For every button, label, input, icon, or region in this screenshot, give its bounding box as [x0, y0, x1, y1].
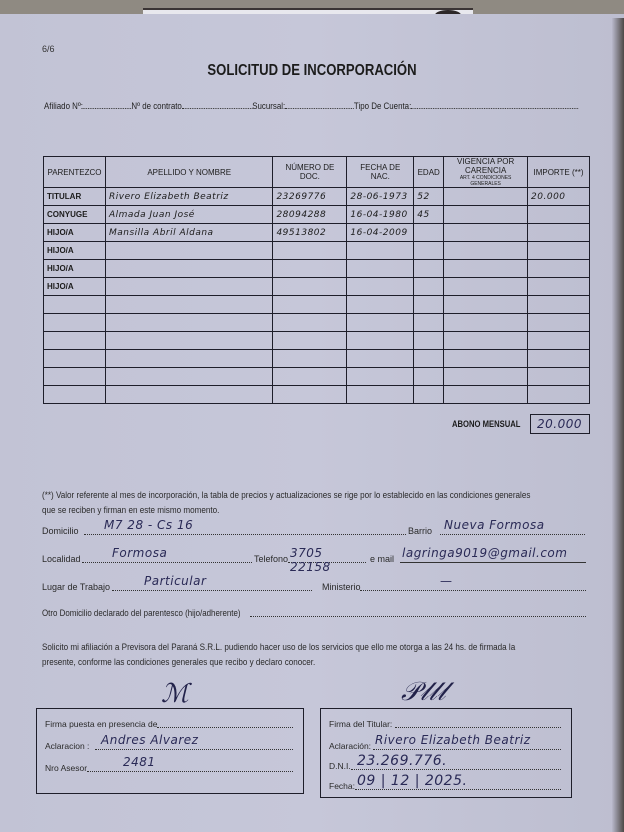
afiliado-field[interactable]	[83, 100, 131, 109]
col-nombre: APELLIDO Y NOMBRE	[105, 157, 272, 188]
cell-doc[interactable]: 23269776	[273, 188, 347, 206]
advisor-signature-mark: ℳ	[161, 679, 189, 709]
telefono-label: Telefono	[254, 554, 288, 564]
localidad-value: Formosa	[112, 546, 167, 560]
cell-importe[interactable]	[528, 386, 590, 404]
cell-importe[interactable]	[528, 368, 590, 386]
cell-edad[interactable]	[414, 278, 444, 296]
cell-parentezco	[44, 332, 106, 350]
advisor-firma-row: Firma puesta en presencia de	[45, 719, 157, 729]
cell-parentezco	[44, 296, 106, 314]
cell-edad[interactable]: 52	[414, 188, 444, 206]
paper-form: 6/6 SOLICITUD DE INCORPORACIÓN Afiliado …	[0, 14, 624, 832]
cell-vigencia[interactable]	[444, 350, 528, 368]
lugar-trabajo-row: Lugar de Trabajo	[42, 582, 110, 592]
email-value: lagringa9019@gmail.com	[402, 546, 567, 560]
titular-firma-row: Firma del Titular:	[329, 719, 392, 729]
col-edad: EDAD	[414, 157, 444, 188]
email-row: e mail	[370, 554, 394, 564]
otro-domicilio-row: Otro Domicilio declarado del parentesco …	[42, 608, 241, 618]
form-title: SOLICITUD DE INCORPORACIÓN	[56, 62, 568, 80]
advisor-signature-box: ℳ Firma puesta en presencia de Aclaracio…	[36, 708, 304, 794]
price-note: (**) Valor referente al mes de incorpora…	[42, 488, 546, 518]
cell-doc[interactable]: 49513802	[273, 224, 347, 242]
titular-aclaracion-field[interactable]: Rivero Elizabeth Beatriz	[373, 737, 561, 750]
cell-vigencia[interactable]	[444, 368, 528, 386]
advisor-nro-row: Nro Asesor	[45, 763, 87, 773]
ministerio-field[interactable]: —	[360, 578, 586, 591]
cell-vigencia[interactable]	[444, 206, 528, 224]
cell-edad[interactable]: 45	[414, 206, 444, 224]
cell-nombre[interactable]	[105, 296, 272, 314]
cell-fecha[interactable]	[347, 386, 414, 404]
cell-parentezco	[44, 368, 106, 386]
abono-value: 20.000	[537, 417, 582, 431]
cell-importe[interactable]	[528, 242, 590, 260]
cell-edad[interactable]	[414, 368, 444, 386]
page-number: 6/6	[42, 44, 55, 54]
cell-vigencia[interactable]	[444, 386, 528, 404]
titular-fecha-field[interactable]: 09 | 12 | 2025.	[355, 777, 561, 790]
abono-field[interactable]: 20.000	[530, 414, 590, 434]
table-row: TITULARRivero Elizabeth Beatriz232697762…	[44, 188, 590, 206]
col-importe: IMPORTE (**)	[528, 157, 590, 188]
cell-edad[interactable]	[414, 350, 444, 368]
cell-parentezco	[44, 314, 106, 332]
barrio-field[interactable]: Nueva Formosa	[440, 522, 585, 535]
domicilio-row: Domicilio	[42, 526, 79, 536]
cell-nombre[interactable]: Mansilla Abril Aldana	[105, 224, 272, 242]
cell-fecha[interactable]: 16-04-2009	[347, 224, 414, 242]
cell-nombre[interactable]	[105, 350, 272, 368]
barrio-label: Barrio	[408, 526, 432, 536]
advisor-aclaracion-field[interactable]: Andres Alvarez	[95, 737, 293, 750]
cell-vigencia[interactable]	[444, 296, 528, 314]
titular-dni-row: D.N.I.	[329, 761, 351, 771]
cell-edad[interactable]	[414, 314, 444, 332]
declaration-text: Solicito mi afiliación a Previsora del P…	[42, 640, 546, 670]
cell-importe[interactable]	[528, 224, 590, 242]
localidad-label: Localidad	[42, 554, 81, 564]
cell-fecha[interactable]	[347, 350, 414, 368]
cell-parentezco	[44, 350, 106, 368]
cell-fecha[interactable]	[347, 368, 414, 386]
cell-importe[interactable]	[528, 296, 590, 314]
cell-fecha[interactable]	[347, 278, 414, 296]
col-vigencia: VIGENCIA POR CARENCIAART. 4 CONDICIONES …	[444, 157, 528, 188]
cell-fecha[interactable]	[347, 260, 414, 278]
header-fields: Afiliado Nº:Nº de contratoSucursal:Tipo …	[44, 100, 578, 111]
domicilio-label: Domicilio	[42, 526, 79, 536]
telefono-row: Telefono	[254, 554, 288, 564]
localidad-field[interactable]: Formosa	[82, 550, 252, 563]
sucursal-label: Sucursal:	[252, 101, 285, 111]
cell-nombre[interactable]	[105, 368, 272, 386]
domicilio-field[interactable]: M7 28 - Cs 16	[84, 522, 406, 535]
col-parentezco: PARENTEZCO	[44, 157, 106, 188]
titular-fecha-value: 09 | 12 | 2025.	[357, 773, 467, 789]
cell-edad[interactable]	[414, 332, 444, 350]
table-row	[44, 296, 590, 314]
cell-importe[interactable]: 20.000	[528, 188, 590, 206]
cell-fecha[interactable]: 28-06-1973	[347, 188, 414, 206]
abono-label: ABONO MENSUAL	[452, 419, 520, 429]
cell-vigencia[interactable]	[444, 314, 528, 332]
table-row	[44, 368, 590, 386]
cell-doc[interactable]	[273, 368, 347, 386]
cell-doc[interactable]	[273, 242, 347, 260]
cell-importe[interactable]	[528, 206, 590, 224]
cell-edad[interactable]	[414, 242, 444, 260]
table-row: HIJO/A	[44, 242, 590, 260]
titular-aclaracion-row: Aclaración:	[329, 741, 371, 751]
ministerio-label: Ministerio	[322, 582, 361, 592]
cell-parentezco: HIJO/A	[44, 224, 106, 242]
titular-signature-box: 𝒫𝓁𝓁𝓁 Firma del Titular: Aclaración: Rive…	[320, 708, 572, 798]
barrio-row: Barrio	[408, 526, 432, 536]
titular-aclaracion-value: Rivero Elizabeth Beatriz	[375, 733, 531, 747]
advisor-aclaracion-value: Andres Alvarez	[101, 733, 198, 747]
members-table: PARENTEZCO APELLIDO Y NOMBRE NÚMERO DE D…	[43, 156, 590, 404]
lugar-trabajo-field[interactable]: Particular	[112, 578, 312, 591]
table-row	[44, 332, 590, 350]
cell-fecha[interactable]	[347, 242, 414, 260]
cell-nombre[interactable]	[105, 314, 272, 332]
cell-edad[interactable]	[414, 386, 444, 404]
cell-nombre[interactable]	[105, 386, 272, 404]
cell-nombre[interactable]	[105, 332, 272, 350]
table-row	[44, 350, 590, 368]
cell-vigencia[interactable]	[444, 278, 528, 296]
cell-importe[interactable]	[528, 278, 590, 296]
table-row: HIJO/AMansilla Abril Aldana4951380216-04…	[44, 224, 590, 242]
cell-vigencia[interactable]	[444, 242, 528, 260]
cell-edad[interactable]	[414, 260, 444, 278]
titular-firma-field[interactable]	[395, 715, 561, 728]
domicilio-value: M7 28 - Cs 16	[104, 518, 193, 532]
cell-vigencia[interactable]	[444, 188, 528, 206]
afiliado-label: Afiliado Nº:	[44, 101, 83, 111]
cell-parentezco: HIJO/A	[44, 260, 106, 278]
ministerio-value: —	[440, 574, 453, 588]
col-fecha: FECHA DE NAC.	[347, 157, 414, 188]
otro-domicilio-label: Otro Domicilio declarado del parentesco …	[42, 608, 241, 618]
localidad-row: Localidad	[42, 554, 81, 564]
cell-parentezco	[44, 386, 106, 404]
cell-nombre[interactable]	[105, 242, 272, 260]
cell-doc[interactable]	[273, 350, 347, 368]
cell-parentezco: CONYUGE	[44, 206, 106, 224]
table-row: HIJO/A	[44, 278, 590, 296]
sucursal-field[interactable]	[285, 100, 354, 109]
advisor-aclaracion-row: Aclaracion :	[45, 741, 89, 751]
cell-importe[interactable]	[528, 332, 590, 350]
table-row: HIJO/A	[44, 260, 590, 278]
cell-importe[interactable]	[528, 350, 590, 368]
advisor-firma-field[interactable]	[157, 715, 293, 728]
contrato-label: Nº de contrato	[131, 101, 181, 111]
cell-doc[interactable]	[273, 314, 347, 332]
cell-fecha[interactable]	[347, 296, 414, 314]
email-label: e mail	[370, 554, 394, 564]
tipo-cuenta-label: Tipo De Cuenta:	[354, 101, 411, 111]
cell-parentezco: HIJO/A	[44, 278, 106, 296]
cell-doc[interactable]	[273, 386, 347, 404]
telefono-value: 3705 22158	[290, 546, 366, 574]
cell-doc[interactable]	[273, 332, 347, 350]
cell-fecha[interactable]	[347, 332, 414, 350]
advisor-nro-field[interactable]: 2481	[87, 759, 293, 772]
cell-doc[interactable]	[273, 278, 347, 296]
cell-doc[interactable]	[273, 296, 347, 314]
cell-nombre[interactable]: Rivero Elizabeth Beatriz	[105, 188, 272, 206]
page-edge-shadow	[612, 18, 624, 832]
table-header-row: PARENTEZCO APELLIDO Y NOMBRE NÚMERO DE D…	[44, 157, 590, 188]
tipo-cuenta-field[interactable]	[411, 100, 578, 109]
cell-fecha[interactable]: 16-04-1980	[347, 206, 414, 224]
lugar-trabajo-label: Lugar de Trabajo	[42, 582, 110, 592]
telefono-field[interactable]: 3705 22158	[288, 550, 366, 563]
cell-edad[interactable]	[414, 224, 444, 242]
titular-dni-field[interactable]: 23.269.776.	[351, 757, 561, 770]
cell-vigencia[interactable]	[444, 260, 528, 278]
cell-importe[interactable]	[528, 314, 590, 332]
table-row	[44, 386, 590, 404]
email-field[interactable]: lagringa9019@gmail.com	[400, 550, 586, 563]
cell-importe[interactable]	[528, 260, 590, 278]
contrato-field[interactable]	[182, 100, 252, 109]
titular-fecha-row: Fecha:	[329, 781, 355, 791]
ministerio-row: Ministerio	[322, 582, 361, 592]
titular-dni-value: 23.269.776.	[357, 753, 447, 769]
cell-nombre[interactable]: Almada Juan José	[105, 206, 272, 224]
cell-fecha[interactable]	[347, 314, 414, 332]
advisor-nro-value: 2481	[123, 755, 156, 769]
cell-vigencia[interactable]	[444, 332, 528, 350]
cell-nombre[interactable]	[105, 260, 272, 278]
cell-vigencia[interactable]	[444, 224, 528, 242]
titular-signature-mark: 𝒫𝓁𝓁𝓁	[401, 677, 446, 708]
cell-parentezco: TITULAR	[44, 188, 106, 206]
otro-domicilio-field[interactable]	[250, 604, 586, 617]
cell-doc[interactable]: 28094288	[273, 206, 347, 224]
cell-parentezco: HIJO/A	[44, 242, 106, 260]
barrio-value: Nueva Formosa	[444, 518, 545, 532]
table-row: CONYUGEAlmada Juan José2809428816-04-198…	[44, 206, 590, 224]
cell-nombre[interactable]	[105, 278, 272, 296]
cell-edad[interactable]	[414, 296, 444, 314]
cell-doc[interactable]	[273, 260, 347, 278]
lugar-trabajo-value: Particular	[144, 574, 206, 588]
col-doc: NÚMERO DE DOC.	[273, 157, 347, 188]
table-row	[44, 314, 590, 332]
